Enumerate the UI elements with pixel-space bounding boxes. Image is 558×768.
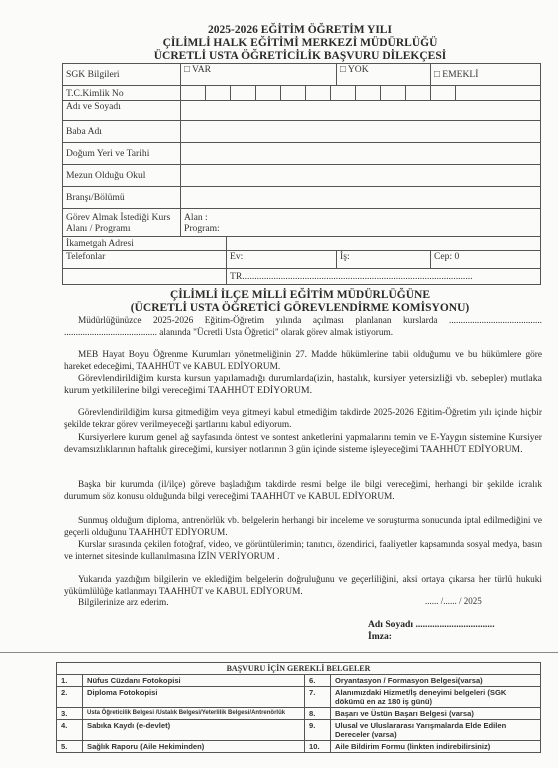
phones-label: Telefonlar xyxy=(63,251,227,269)
tc-digit-box[interactable] xyxy=(206,86,231,100)
tc-digit-box[interactable] xyxy=(256,86,281,100)
sgk-option-yok[interactable]: □ YOK xyxy=(337,64,431,86)
name-field[interactable] xyxy=(181,101,541,121)
birth-label: Doğum Yeri ve Tarihi xyxy=(63,143,181,165)
document-number: 4. xyxy=(57,720,83,741)
course-label: Görev Almak İstediği Kurs Alanı / Progra… xyxy=(63,209,181,237)
document-name: Sabıka Kaydı (e-devlet) xyxy=(83,720,305,741)
tc-digit-box[interactable] xyxy=(181,86,206,100)
document-name: Oryantasyon / Formasyon Belgesi(varsa) xyxy=(331,675,541,687)
document-number: 7. xyxy=(305,687,331,708)
document-number: 6. xyxy=(305,675,331,687)
father-name-label: Baba Adı xyxy=(63,121,181,143)
father-name-field[interactable] xyxy=(181,121,541,143)
document-number: 10. xyxy=(305,741,331,753)
commitment-paragraph-2: Görevlendirildiğim kursta kursun yapılam… xyxy=(64,373,542,396)
date-field[interactable]: ...... /...... / 2025 xyxy=(425,596,482,606)
school-label: Mezun Olduğu Okul xyxy=(63,165,181,187)
signature-block: Adı Soyadı .............................… xyxy=(368,619,495,642)
name-label: Adı ve Soyadı xyxy=(63,101,181,121)
document-row: 5.Sağlık Raporu (Aile Hekiminden)10.Aile… xyxy=(57,741,541,753)
iban-label-cell xyxy=(63,269,227,285)
document-name: Diploma Fotokopisi xyxy=(83,687,305,708)
document-name: Nüfus Cüzdanı Fotokopisi xyxy=(83,675,305,687)
branch-field[interactable] xyxy=(181,187,541,209)
sgk-option-var[interactable]: □ VAR xyxy=(181,64,337,86)
tc-digit-box[interactable] xyxy=(356,86,381,100)
application-form-page: 2025-2026 EĞİTİM ÖĞRETİM YILI ÇİLİMLİ HA… xyxy=(0,0,558,768)
document-number: 8. xyxy=(305,708,331,720)
document-name: Başarı ve Üstün Başarı Belgesi (varsa) xyxy=(331,708,541,720)
birth-field[interactable] xyxy=(181,143,541,165)
document-number: 2. xyxy=(57,687,83,708)
name-signature-field[interactable]: Adı Soyadı .............................… xyxy=(368,619,495,631)
document-row: 1.Nüfus Cüzdanı Fotokopisi6.Oryantasyon … xyxy=(57,675,541,687)
document-row: 3.Usta Öğreticilik Belgesi /Ustalık Belg… xyxy=(57,708,541,720)
course-field[interactable]: Alan : Program: xyxy=(181,209,541,237)
tc-number-field[interactable] xyxy=(181,86,541,101)
tc-digit-box[interactable] xyxy=(281,86,306,100)
tc-digit-box[interactable] xyxy=(306,86,331,100)
document-name: Sağlık Raporu (Aile Hekiminden) xyxy=(83,741,305,753)
commitment-paragraph-1: MEB Hayat Boyu Öğrenme Kurumları yönetme… xyxy=(64,350,542,373)
documents-title: BAŞVURU İÇİN GEREKLİ BELGELER xyxy=(57,663,541,675)
section-addressee: ÇİLİMLİ İLÇE MİLLİ EĞİTİM MÜDÜRLÜĞÜNE xyxy=(0,289,558,301)
tc-digit-box[interactable] xyxy=(406,86,431,100)
course-alan-label: Alan : xyxy=(184,212,537,223)
tc-digit-box[interactable] xyxy=(231,86,256,100)
tc-trailing-space xyxy=(456,86,540,100)
document-row: 2.Diploma Fotokopisi7.Alanımızdaki Hizme… xyxy=(57,687,541,708)
sgk-label: SGK Bilgileri xyxy=(63,64,181,86)
section-commission: (ÜCRETLİ USTA ÖĞRETİCİ GÖREVLENDİRME KOM… xyxy=(0,302,558,314)
phone-work-field[interactable]: İş: xyxy=(337,251,431,269)
commitment-paragraph-7: Kurslar sırasında çekilen fotoğraf, vide… xyxy=(64,540,542,563)
document-number: 9. xyxy=(305,720,331,741)
commitment-paragraph-5: Başka bir kurumda (il/ilçe) göreve başla… xyxy=(64,480,542,503)
phone-mobile-field[interactable]: Cep: 0 xyxy=(431,251,541,269)
divider xyxy=(0,652,558,653)
address-label: İkametgah Adresi xyxy=(63,237,227,251)
document-name: Alanımızdaki Hizmet/İş deneyimi belgeler… xyxy=(331,687,541,708)
commitment-paragraph-6: Sunmuş olduğum diploma, antrenörlük vb. … xyxy=(64,516,542,539)
branch-label: Branşı/Bölümü xyxy=(63,187,181,209)
document-name: Aile Bildirim Formu (linkten indirebilir… xyxy=(331,741,541,753)
school-field[interactable] xyxy=(181,165,541,187)
signature-field[interactable]: İmza: xyxy=(368,631,495,643)
required-documents-table: BAŞVURU İÇİN GEREKLİ BELGELER 1.Nüfus Cü… xyxy=(56,662,541,753)
course-program-label: Program: xyxy=(184,223,537,234)
document-name: Ulusal ve Uluslararası Yarışmalarda Elde… xyxy=(331,720,541,741)
document-number: 1. xyxy=(57,675,83,687)
tc-digit-box[interactable] xyxy=(331,86,356,100)
address-field[interactable] xyxy=(227,237,541,251)
header-year: 2025-2026 EĞİTİM ÖĞRETİM YILI xyxy=(0,24,558,36)
iban-field[interactable]: TR......................................… xyxy=(227,269,541,285)
document-number: 5. xyxy=(57,741,83,753)
tc-digit-box[interactable] xyxy=(431,86,456,100)
header-institution: ÇİLİMLİ HALK EĞİTİMİ MERKEZİ MÜDÜRLÜĞÜ xyxy=(0,37,558,49)
commitment-paragraph-3: Görevlendirildiğim kursa gitmediğim veya… xyxy=(64,408,542,431)
document-row: 4.Sabıka Kaydı (e-devlet)9.Ulusal ve Ulu… xyxy=(57,720,541,741)
commitment-paragraph-4: Kursiyerlere kurum genel ağ sayfasında ö… xyxy=(64,432,542,455)
tc-digit-box[interactable] xyxy=(381,86,406,100)
phone-home-field[interactable]: Ev: xyxy=(227,251,337,269)
applicant-info-table: SGK Bilgileri □ VAR □ YOK □ EMEKLİ T.C.K… xyxy=(62,63,541,285)
document-number: 3. xyxy=(57,708,83,720)
intro-paragraph: Müdürlüğünüzce 2025-2026 Eğitim-Öğretim … xyxy=(64,316,542,339)
header-form-title: ÜCRETLİ USTA ÖĞRETİCİLİK BAŞVURU DİLEKÇE… xyxy=(0,50,558,62)
sgk-option-emekli[interactable]: □ EMEKLİ xyxy=(431,64,541,86)
commitment-paragraph-8: Yukarıda yazdığım bilgilerin ve eklediği… xyxy=(64,575,542,598)
document-name: Usta Öğreticilik Belgesi /Ustalık Belges… xyxy=(83,708,305,720)
tc-label: T.C.Kimlik No xyxy=(63,86,181,101)
